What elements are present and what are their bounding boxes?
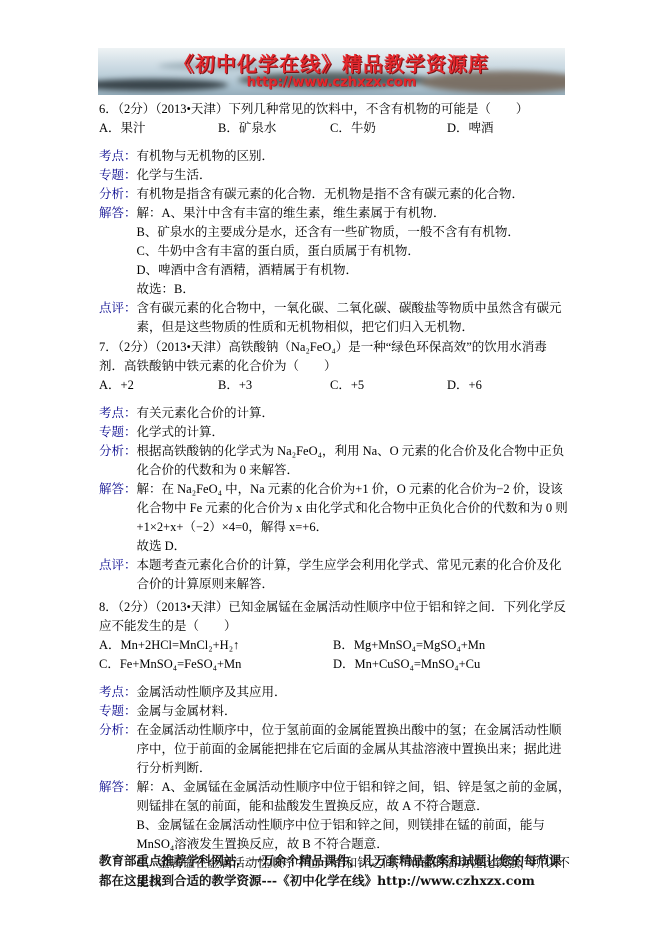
- section-text: 金属与金属材料．: [137, 702, 571, 721]
- question-6: 6．（2分）（2013•天津）下列几种常见的饮料中，不含有机物的可能是（ ） A…: [99, 100, 571, 337]
- option-b: B．矿泉水: [218, 119, 330, 138]
- section-text: 金属活动性顺序及其应用．: [137, 683, 571, 702]
- section-label: 考点：: [99, 404, 137, 423]
- section-kaodian: 考点： 有关元素化合价的计算．: [99, 404, 571, 423]
- answer-line: B、金属锰在金属活动性顺序中位于铝和锌之间，则镁排在锰的前面，能与 MnSO₄溶…: [137, 816, 571, 854]
- section-text: 在金属活动性顺序中，位于氢前面的金属能置换出酸中的氢；在金属活动性顺序中，位于前…: [137, 721, 571, 778]
- footer-text: 教育部重点推荐学科网站．一万余个精品课件，几万套精品教案和试题让您的每节课都在这…: [99, 851, 570, 891]
- question-8: 8．（2分）（2013•天津）已知金属锰在金属活动性顺序中位于铝和锌之间．下列化…: [99, 598, 571, 892]
- section-text: 解：在 Na₂FeO₄ 中，Na 元素的化合价为+1 价，O 元素的化合价为−2…: [137, 480, 571, 556]
- section-label: 考点：: [99, 683, 137, 702]
- section-fenxi: 分析： 根据高铁酸钠的化学式为 Na₂FeO₄，利用 Na、O 元素的化合价及化…: [99, 442, 571, 480]
- answer-line: D、啤酒中含有酒精，酒精属于有机物．: [137, 261, 571, 280]
- question-8-title: 8．（2分）（2013•天津）已知金属锰在金属活动性顺序中位于铝和锌之间．下列化…: [99, 598, 571, 636]
- question-6-options: A．果汁 B．矿泉水 C．牛奶 D．啤酒: [99, 119, 571, 138]
- option-a: A．+2: [99, 376, 218, 395]
- question-7: 7．（2分）（2013•天津）高铁酸钠（Na₂FeO₄）是一种“绿色环保高效”的…: [99, 338, 571, 594]
- option-b: B．Mg+MnSO₄=MgSO₄+Mn: [333, 636, 571, 655]
- section-text: 根据高铁酸钠的化学式为 Na₂FeO₄，利用 Na、O 元素的化合价及化合物中正…: [137, 442, 571, 480]
- section-label: 点评：: [99, 299, 137, 318]
- answer-line: 解：A、金属锰在金属活动性顺序中位于铝和锌之间，铝、锌是氢之前的金属，则锰排在氢…: [137, 778, 571, 816]
- answer-line: 故选 D．: [137, 537, 571, 556]
- section-text: 解：A、果汁中含有丰富的维生素，维生素属于有机物． B、矿泉水的主要成分是水，还…: [137, 204, 571, 299]
- section-text: 本题考查元素化合价的计算，学生应学会利用化学式、常见元素的化合价及化合价的计算原…: [137, 556, 571, 594]
- section-text: 有关元素化合价的计算．: [137, 404, 571, 423]
- answer-line: B、矿泉水的主要成分是水，还含有一些矿物质，一般不含有有机物．: [137, 223, 571, 242]
- section-text: 有机物是指含有碳元素的化合物．无机物是指不含有碳元素的化合物．: [137, 185, 571, 204]
- section-label: 解答：: [99, 480, 137, 499]
- question-8-options: A．Mn+2HCl=MnCl₂+H₂↑ B．Mg+MnSO₄=MgSO₄+Mn …: [99, 636, 571, 674]
- section-text: 化学式的计算．: [137, 423, 571, 442]
- option-b: B．+3: [218, 376, 330, 395]
- section-label: 解答：: [99, 204, 137, 223]
- question-7-analysis: 考点： 有关元素化合价的计算． 专题： 化学式的计算． 分析： 根据高铁酸钠的化…: [99, 404, 571, 594]
- option-c: C．+5: [330, 376, 447, 395]
- section-zhuanti: 专题： 化学式的计算．: [99, 423, 571, 442]
- section-text: 含有碳元素的化合物中，一氧化碳、二氧化碳、碳酸盐等物质中虽然含有碳元素，但是这些…: [137, 299, 571, 337]
- option-d: D．Mn+CuSO₄=MnSO₄+Cu: [333, 655, 571, 674]
- question-7-options: A．+2 B．+3 C．+5 D．+6: [99, 376, 571, 395]
- section-kaodian: 考点： 金属活动性顺序及其应用．: [99, 683, 571, 702]
- banner-url: http://www.czhxzx.com: [98, 75, 565, 91]
- question-7-title: 7．（2分）（2013•天津）高铁酸钠（Na₂FeO₄）是一种“绿色环保高效”的…: [99, 338, 571, 376]
- question-6-analysis: 考点： 有机物与无机物的区别． 专题： 化学与生活． 分析： 有机物是指含有碳元…: [99, 147, 571, 337]
- section-label: 考点：: [99, 147, 137, 166]
- section-label: 专题：: [99, 423, 137, 442]
- section-dianping: 点评： 含有碳元素的化合物中，一氧化碳、二氧化碳、碳酸盐等物质中虽然含有碳元素，…: [99, 299, 571, 337]
- section-label: 分析：: [99, 442, 137, 461]
- option-a: A．果汁: [99, 119, 218, 138]
- section-dianping: 点评： 本题考查元素化合价的计算，学生应学会利用化学式、常见元素的化合价及化合价…: [99, 556, 571, 594]
- section-fenxi: 分析： 在金属活动性顺序中，位于氢前面的金属能置换出酸中的氢；在金属活动性顺序中…: [99, 721, 571, 778]
- section-label: 分析：: [99, 721, 137, 740]
- answer-line: C、牛奶中含有丰富的蛋白质，蛋白质属于有机物．: [137, 242, 571, 261]
- site-banner: 《初中化学在线》精品教学资源库 http://www.czhxzx.com: [98, 48, 565, 95]
- question-6-title: 6．（2分）（2013•天津）下列几种常见的饮料中，不含有机物的可能是（ ）: [99, 100, 571, 119]
- section-text: 有机物与无机物的区别．: [137, 147, 571, 166]
- section-jieda: 解答： 解：在 Na₂FeO₄ 中，Na 元素的化合价为+1 价，O 元素的化合…: [99, 480, 571, 556]
- section-jieda: 解答： 解：A、果汁中含有丰富的维生素，维生素属于有机物． B、矿泉水的主要成分…: [99, 204, 571, 299]
- section-label: 分析：: [99, 185, 137, 204]
- banner-title: 《初中化学在线》精品教学资源库: [98, 53, 565, 75]
- section-label: 解答：: [99, 778, 137, 797]
- answer-line: 解：在 Na₂FeO₄ 中，Na 元素的化合价为+1 价，O 元素的化合价为−2…: [137, 480, 571, 537]
- option-c: C．牛奶: [330, 119, 447, 138]
- section-zhuanti: 专题： 化学与生活．: [99, 166, 571, 185]
- option-d: D．啤酒: [447, 119, 571, 138]
- section-label: 专题：: [99, 166, 137, 185]
- option-a: A．Mn+2HCl=MnCl₂+H₂↑: [99, 636, 333, 655]
- answer-line: 故选：B．: [137, 280, 571, 299]
- section-label: 专题：: [99, 702, 137, 721]
- document-page: 《初中化学在线》精品教学资源库 http://www.czhxzx.com 6．…: [0, 0, 661, 935]
- option-d: D．+6: [447, 376, 571, 395]
- answer-line: 解：A、果汁中含有丰富的维生素，维生素属于有机物．: [137, 204, 571, 223]
- section-text: 化学与生活．: [137, 166, 571, 185]
- section-zhuanti: 专题： 金属与金属材料．: [99, 702, 571, 721]
- section-fenxi: 分析： 有机物是指含有碳元素的化合物．无机物是指不含有碳元素的化合物．: [99, 185, 571, 204]
- section-label: 点评：: [99, 556, 137, 575]
- option-c: C．Fe+MnSO₄=FeSO₄+Mn: [99, 655, 333, 674]
- section-kaodian: 考点： 有机物与无机物的区别．: [99, 147, 571, 166]
